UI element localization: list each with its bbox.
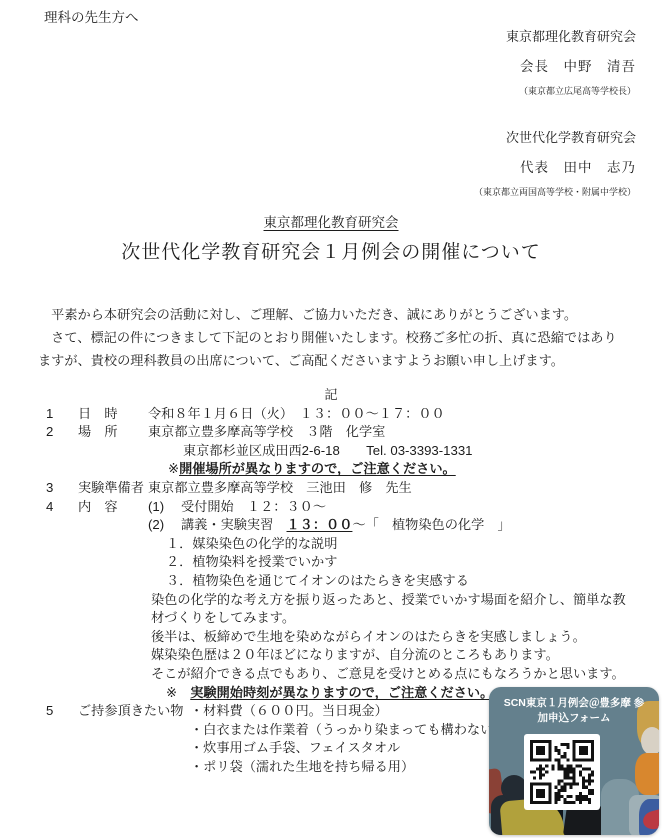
contents-lecture-line: (2)講義・実験実習 １３：００～「 植物染色の化学 」	[0, 516, 662, 535]
qr-code	[524, 734, 600, 810]
lecture-title: ～「 植物染色の化学 」	[352, 517, 510, 532]
item-place: 2場 所東京都立豊多摩高等学校 ３階 化学室	[0, 423, 662, 442]
illustration-shape	[635, 753, 659, 795]
ki-heading: 記	[0, 386, 662, 405]
item-datetime: 1日 時令和８年１月６日（火） １３：００～１７：００	[0, 405, 662, 424]
sender-org: 東京都理化教育研究会	[474, 26, 636, 45]
lecture-description: 染色の化学的な考え方を振り返ったあと、授業でいかす場面を紹介し、簡単な教材づくり…	[0, 591, 631, 628]
lecture-description: そこが紹介できる点でもあり、ご意見を受けとめる点にもなろうかと思います。	[0, 665, 631, 684]
item-number: 1	[46, 405, 78, 424]
title-organization: 東京都理化教育研究会	[0, 211, 662, 231]
item-number: 2	[46, 423, 78, 442]
lecture-point: ３．植物染色を通じてイオンのはたらきを実感する	[0, 572, 662, 591]
item-label: 実験準備者	[78, 479, 148, 498]
item-number: 4	[46, 498, 78, 517]
lecture-point: ２．植物染料を授業でいかす	[0, 553, 662, 572]
lecture-start-time: １３：００	[287, 517, 353, 532]
sub-item-number: (2)	[148, 516, 181, 535]
sender-block-rika: 東京都理化教育研究会 会長 中野 清吾 （東京都立広尾高等学校長）	[474, 26, 636, 97]
lecture-description: 後半は、板締めで生地を染めながらイオンのはたらきを実感しましょう。	[0, 628, 631, 647]
sub-item-text: 受付開始 １２：３０～	[181, 499, 326, 514]
document-page: 理科の先生方へ 東京都理化教育研究会 会長 中野 清吾 （東京都立広尾高等学校長…	[0, 0, 662, 838]
item-value: 令和８年１月６日（火） １３：００～１７：００	[148, 406, 445, 421]
note-prefix: ※	[166, 685, 190, 700]
lecture-point: １．媒染染色の化学的な説明	[0, 535, 662, 554]
sender-block-jisedai: 次世代化学教育研究会 代表 田中 志乃 （東京都立両国高等学校・附属中学校）	[474, 127, 636, 198]
lecture-description: 媒染染色歴は２０年ほどになりますが、自分流のところもあります。	[0, 646, 631, 665]
note-prefix: ※	[168, 461, 179, 476]
item-label: ご持参頂きたい物	[78, 702, 190, 721]
sender-org: 次世代化学教育研究会	[474, 127, 636, 146]
recipient-line: 理科の先生方へ	[44, 6, 139, 26]
bring-bullet: ・材料費（６００円。当日現金）	[190, 703, 388, 718]
greeting-para2: さて、標記の件につきまして下記のとおり開催いたします。校務ご多忙の折、真に恐縮で…	[38, 326, 628, 372]
greeting-paragraphs: 平素から本研究会の活動に対し、ご理解、ご協力いただき、誠にありがとうございます。…	[38, 303, 628, 372]
item-contents: 4内 容(1)受付開始 １２：３０～	[0, 498, 662, 517]
note-text: 開催場所が異なりますので，ご注意ください。	[179, 461, 456, 476]
sub-item-number: (1)	[148, 498, 181, 517]
note-text: 実験開始時刻が異なりますので，ご注意ください。	[190, 685, 493, 700]
place-address: 東京都杉並区成田西2-6-18 Tel. 03-3393-1331	[0, 442, 662, 461]
item-label: 日 時	[78, 405, 148, 424]
registration-qr-card: SCN東京１月例会＠豊多摩 参加申込フォーム	[489, 687, 659, 835]
sender-blocks: 東京都理化教育研究会 会長 中野 清吾 （東京都立広尾高等学校長） 次世代化学教…	[474, 26, 636, 198]
qr-card-caption: SCN東京１月例会＠豊多摩 参加申込フォーム	[489, 687, 659, 726]
item-preparer: 3実験準備者東京都立豊多摩高等学校 三池田 修 先生	[0, 479, 662, 498]
greeting-para1: 平素から本研究会の活動に対し、ご理解、ご協力いただき、誠にありがとうございます。	[38, 303, 628, 326]
illustration-shape	[641, 727, 659, 755]
sender-person: 代表 田中 志乃	[474, 156, 636, 176]
sender-affiliation-note: （東京都立両国高等学校・附属中学校）	[474, 185, 636, 198]
sender-person: 会長 中野 清吾	[474, 55, 636, 75]
place-warning-note: ※開催場所が異なりますので，ご注意ください。	[0, 460, 662, 479]
item-label: 場 所	[78, 423, 148, 442]
item-number: 5	[46, 702, 78, 721]
lecture-label: 講義・実験実習	[181, 517, 287, 532]
sender-affiliation-note: （東京都立広尾高等学校長）	[474, 84, 636, 97]
document-title: 次世代化学教育研究会１月例会の開催について	[0, 237, 662, 264]
item-value: 東京都立豊多摩高等学校 三池田 修 先生	[148, 480, 412, 495]
title-organization-text: 東京都理化教育研究会	[264, 215, 399, 230]
item-number: 3	[46, 479, 78, 498]
item-value: 東京都立豊多摩高等学校 ３階 化学室	[148, 424, 385, 439]
item-label: 内 容	[78, 498, 148, 517]
